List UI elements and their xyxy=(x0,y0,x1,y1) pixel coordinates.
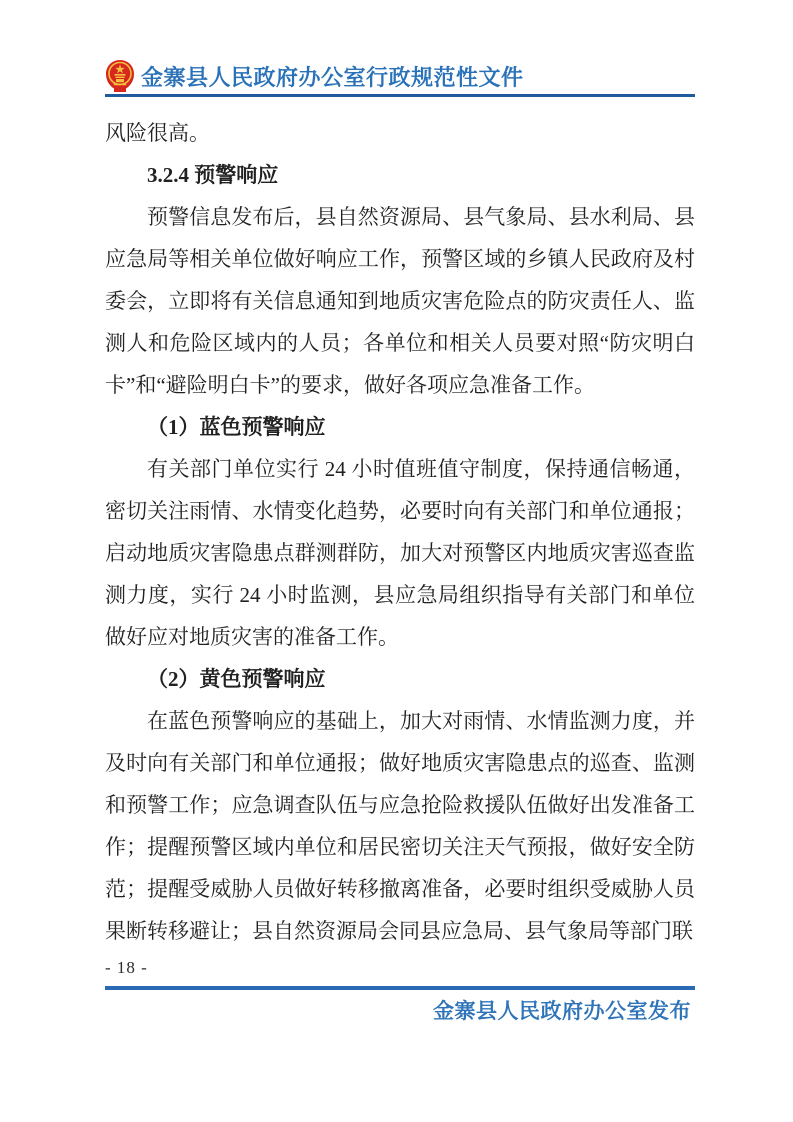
header-rule xyxy=(105,94,695,97)
publisher-line: 金寨县人民政府办公室发布 xyxy=(105,995,691,1025)
paragraph-yellow-response: 在蓝色预警响应的基础上，加大对雨情、水情监测力度，并及时向有关部门和单位通报；做… xyxy=(105,700,695,952)
national-emblem-icon xyxy=(105,59,135,93)
document-body: 风险很高。 3.2.4 预警响应 预警信息发布后，县自然资源局、县气象局、县水利… xyxy=(105,112,695,952)
paragraph-blue-response: 有关部门单位实行 24 小时值班值守制度，保持通信畅通，密切关注雨情、水情变化趋… xyxy=(105,448,695,658)
document-header-title: 金寨县人民政府办公室行政规范性文件 xyxy=(141,61,524,92)
footer-rule xyxy=(105,986,695,990)
page-header: 金寨县人民政府办公室行政规范性文件 xyxy=(105,58,695,94)
document-page: 金寨县人民政府办公室行政规范性文件 风险很高。 3.2.4 预警响应 预警信息发… xyxy=(0,0,793,1122)
paragraph-continuation: 风险很高。 xyxy=(105,112,695,154)
section-heading-warning-response: 3.2.4 预警响应 xyxy=(105,154,695,196)
page-number: - 18 - xyxy=(105,958,148,978)
paragraph-warning-info: 预警信息发布后，县自然资源局、县气象局、县水利局、县应急局等相关单位做好响应工作… xyxy=(105,196,695,406)
section-heading-yellow-response: （2）黄色预警响应 xyxy=(105,658,695,700)
header-row: 金寨县人民政府办公室行政规范性文件 xyxy=(105,58,695,94)
section-heading-blue-response: （1）蓝色预警响应 xyxy=(105,406,695,448)
